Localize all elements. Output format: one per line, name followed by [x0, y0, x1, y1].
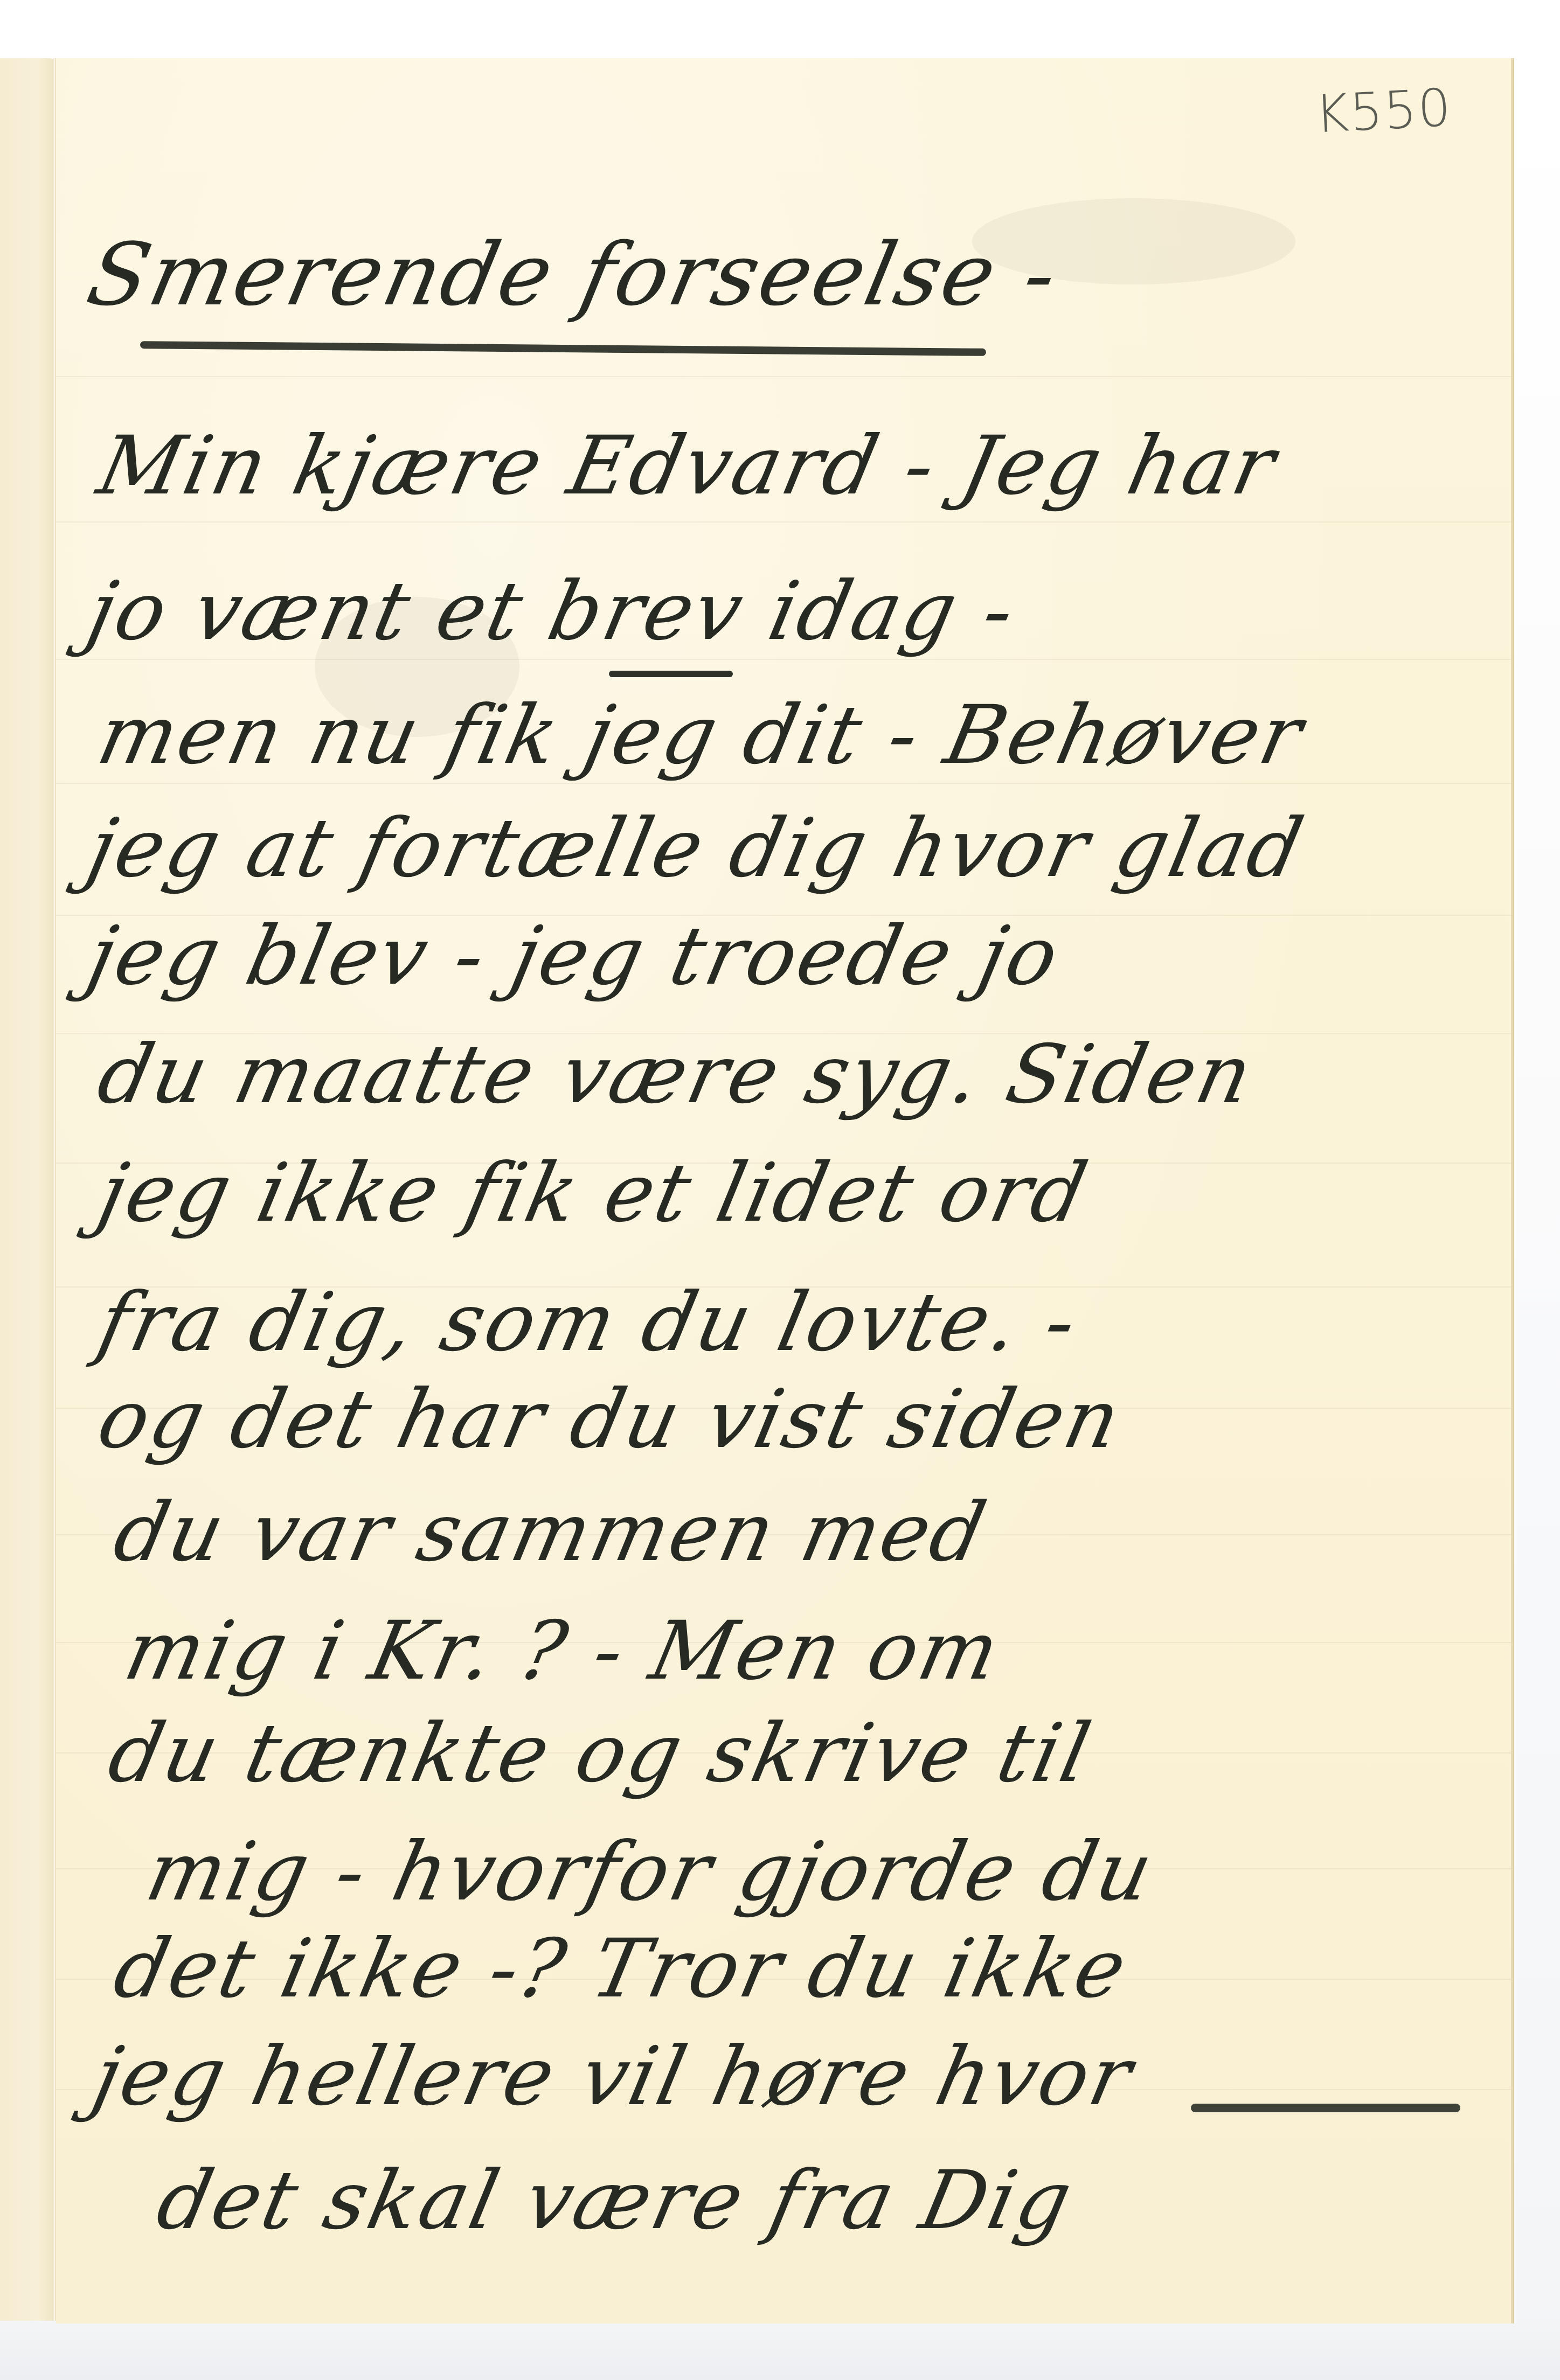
letter-heading: Smerende forseelse - [81, 232, 1066, 318]
letter-line-13: mig - hvorfor gjorde du [140, 1832, 1161, 1912]
archive-number: K550 [1313, 77, 1453, 144]
letter-line-3: men nu fik jeg dit - Behøver [92, 695, 1311, 776]
ruled-line [56, 783, 1511, 784]
underline-et [609, 671, 733, 677]
letter-line-10: du var sammen med [108, 1492, 994, 1573]
ruled-line [56, 659, 1511, 660]
letter-line-1: Min kjære Edvard - Jeg har [92, 426, 1284, 506]
folded-page-flap [0, 58, 54, 2321]
letter-line-8: fra dig, som du lovte. - [92, 1282, 1085, 1363]
letter-line-7: jeg ikke fik et lidet ord [92, 1153, 1096, 1234]
letter-line-5: jeg blev - jeg troede jo [81, 916, 1067, 997]
letter-line-6: du maatte være syg. Siden [92, 1034, 1260, 1115]
letter-line-4: jeg at fortælle dig hvor glad [81, 808, 1312, 889]
letter-line-12: du tænkte og skrive til [102, 1713, 1099, 1794]
letter-line-2: jo vænt et brev idag - [81, 571, 1023, 652]
ruled-line [56, 521, 1511, 523]
letter-line-11: mig i Kr. ? - Men om [119, 1611, 1008, 1692]
letter-line-14: det ikke -? Tror du ikke [108, 1929, 1135, 2009]
letter-line-15: jeg hellere vil høre hvor [86, 2036, 1140, 2117]
letter-line-9: og det har du vist siden [92, 1379, 1128, 1460]
underline-hvor [1191, 2104, 1460, 2112]
ruled-line [56, 376, 1511, 377]
letter-line-16: det skal være fra Dig [151, 2160, 1080, 2241]
